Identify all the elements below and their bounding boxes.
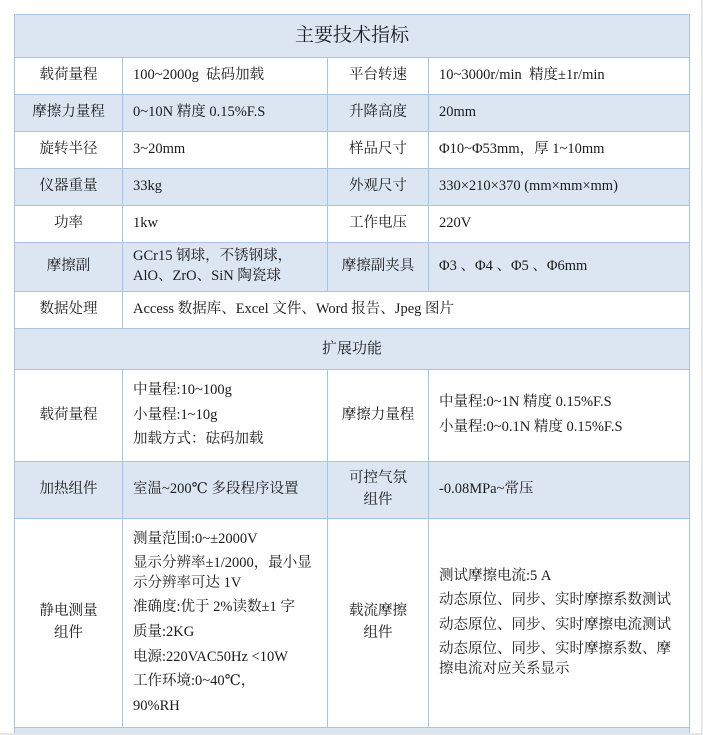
spec-value-line: 测试摩擦电流:5 A xyxy=(439,567,679,587)
spec-label: 工作电压 xyxy=(328,206,429,243)
spec-label: 摩擦副夹具 xyxy=(328,243,429,292)
spec-value-line: 质量:2KG xyxy=(133,623,317,643)
spec-value-line: 小量程:0~0.1N 精度 0.15%F.S xyxy=(439,418,679,438)
spec-value-line: 中量程:10~100g xyxy=(133,381,317,401)
spec-label: 样品尺寸 xyxy=(328,132,429,169)
table-row: 摩擦力量程 0~10N 精度 0.15%F.S 升降高度 20mm xyxy=(15,95,690,132)
spec-value-line: 动态原位、同步、实时摩擦系数、摩擦电流对应关系显示 xyxy=(439,640,679,679)
spec-value-line: 动态原位、同步、实时摩擦电流测试 xyxy=(439,616,679,636)
spec-value: 20mm xyxy=(429,95,690,132)
spec-label: 仪器重量 xyxy=(15,169,123,206)
spec-label-line: 载流摩擦 xyxy=(336,602,420,622)
spec-label: 功率 xyxy=(15,206,123,243)
extended-title-row: 扩展功能 xyxy=(15,329,690,370)
spec-value: Access 数据库、Excel 文件、Word 报告、Jpeg 图片 xyxy=(123,292,690,329)
spec-label: 摩擦力量程 xyxy=(15,95,123,132)
main-section-title: 主要技术指标 xyxy=(15,15,690,58)
spec-value-line: 电源:220VAC50Hz <10W xyxy=(133,648,317,668)
spec-label: 静电测量 组件 xyxy=(15,518,123,728)
table-row: 加热组件 室温~200℃ 多段程序设置 可控气氛 组件 -0.08MPa~常压 xyxy=(15,461,690,518)
spec-value-line: 显示分辨率±1/2000，最小显示分辨率可达 1V xyxy=(133,554,317,593)
spec-value-line: 中量程:0~1N 精度 0.15%F.S xyxy=(439,393,679,413)
table-row: 载荷量程 中量程:10~100g 小量程:1~10g 加载方式：砝码加载 摩擦力… xyxy=(15,370,690,462)
table-row: 功率 1kw 工作电压 220V xyxy=(15,206,690,243)
spec-label: 加热组件 xyxy=(15,461,123,518)
spec-label-line: 组件 xyxy=(336,624,420,644)
table-row: 静电测量 组件 测量范围:0~±2000V 显示分辨率±1/2000，最小显示分… xyxy=(15,518,690,728)
spec-label: 载荷量程 xyxy=(15,370,123,462)
table-row: 载荷量程 100~2000g 砝码加载 平台转速 10~3000r/min 精度… xyxy=(15,58,690,95)
spec-value: 33kg xyxy=(123,169,328,206)
spec-label-line: 静电测量 xyxy=(23,602,114,622)
spec-label: 摩擦力量程 xyxy=(328,370,429,462)
spec-value-line: 动态原位、同步、实时摩擦系数测试 xyxy=(439,591,679,611)
spec-label: 旋转半径 xyxy=(15,132,123,169)
spec-label: 外观尺寸 xyxy=(328,169,429,206)
spec-value: 测试摩擦电流:5 A 动态原位、同步、实时摩擦系数测试 动态原位、同步、实时摩擦… xyxy=(429,518,690,728)
spec-label: 载流摩擦 组件 xyxy=(328,518,429,728)
spec-value-line: 准确度:优于 2%读数±1 字 xyxy=(133,598,317,618)
spec-value: GCr15 钢球，不锈钢球，AlO、ZrO、SiN 陶瓷球 xyxy=(123,243,328,292)
spec-value: 测量范围:0~±2000V 显示分辨率±1/2000，最小显示分辨率可达 1V … xyxy=(123,518,328,728)
spec-label: 摩擦副 xyxy=(15,243,123,292)
spec-value: 1kw xyxy=(123,206,328,243)
spec-value: 中量程:0~1N 精度 0.15%F.S 小量程:0~0.1N 精度 0.15%… xyxy=(429,370,690,462)
extended-section-title: 扩展功能 xyxy=(15,329,690,370)
table-row: 仪器重量 33kg 外观尺寸 330×210×370 (mm×mm×mm) xyxy=(15,169,690,206)
table-row: 数据处理 Access 数据库、Excel 文件、Word 报告、Jpeg 图片 xyxy=(15,292,690,329)
spec-value: 220V xyxy=(429,206,690,243)
spec-value: 100~2000g 砝码加载 xyxy=(123,58,328,95)
spec-label-line: 可控气氛 xyxy=(336,469,420,489)
spec-value: 330×210×370 (mm×mm×mm) xyxy=(429,169,690,206)
spec-value: -0.08MPa~常压 xyxy=(429,461,690,518)
spec-label: 可控气氛 组件 xyxy=(328,461,429,518)
spec-table: 主要技术指标 载荷量程 100~2000g 砝码加载 平台转速 10~3000r… xyxy=(14,14,690,735)
spec-value: 室温~200℃ 多段程序设置 xyxy=(123,461,328,518)
table-row: 摩擦副 GCr15 钢球，不锈钢球，AlO、ZrO、SiN 陶瓷球 摩擦副夹具 … xyxy=(15,243,690,292)
spec-value-line: 工作环境:0~40℃， xyxy=(133,672,317,692)
spec-label: 载荷量程 xyxy=(15,58,123,95)
spec-label: 平台转速 xyxy=(328,58,429,95)
spec-label-line: 组件 xyxy=(336,491,420,511)
spec-value-line: 小量程:1~10g xyxy=(133,406,317,426)
spec-value: 3~20mm xyxy=(123,132,328,169)
spec-value: 0~10N 精度 0.15%F.S xyxy=(123,95,328,132)
main-title-row: 主要技术指标 xyxy=(15,15,690,58)
spec-sheet-page: 主要技术指标 载荷量程 100~2000g 砝码加载 平台转速 10~3000r… xyxy=(0,0,703,735)
spec-value-line: 加载方式：砝码加载 xyxy=(133,430,317,450)
spec-value: Φ10~Φ53mm，厚 1~10mm xyxy=(429,132,690,169)
spec-label: 升降高度 xyxy=(328,95,429,132)
spec-value-line: 90%RH xyxy=(133,697,317,717)
spec-value-line: 测量范围:0~±2000V xyxy=(133,530,317,550)
spec-label: 数据处理 xyxy=(15,292,123,329)
spec-label-line: 组件 xyxy=(23,624,114,644)
spec-value: 10~3000r/min 精度±1r/min xyxy=(429,58,690,95)
table-row: 旋转半径 3~20mm 样品尺寸 Φ10~Φ53mm，厚 1~10mm xyxy=(15,132,690,169)
spec-value: 中量程:10~100g 小量程:1~10g 加载方式：砝码加载 xyxy=(123,370,328,462)
spec-value: Φ3 、Φ4 、Φ5 、Φ6mm xyxy=(429,243,690,292)
